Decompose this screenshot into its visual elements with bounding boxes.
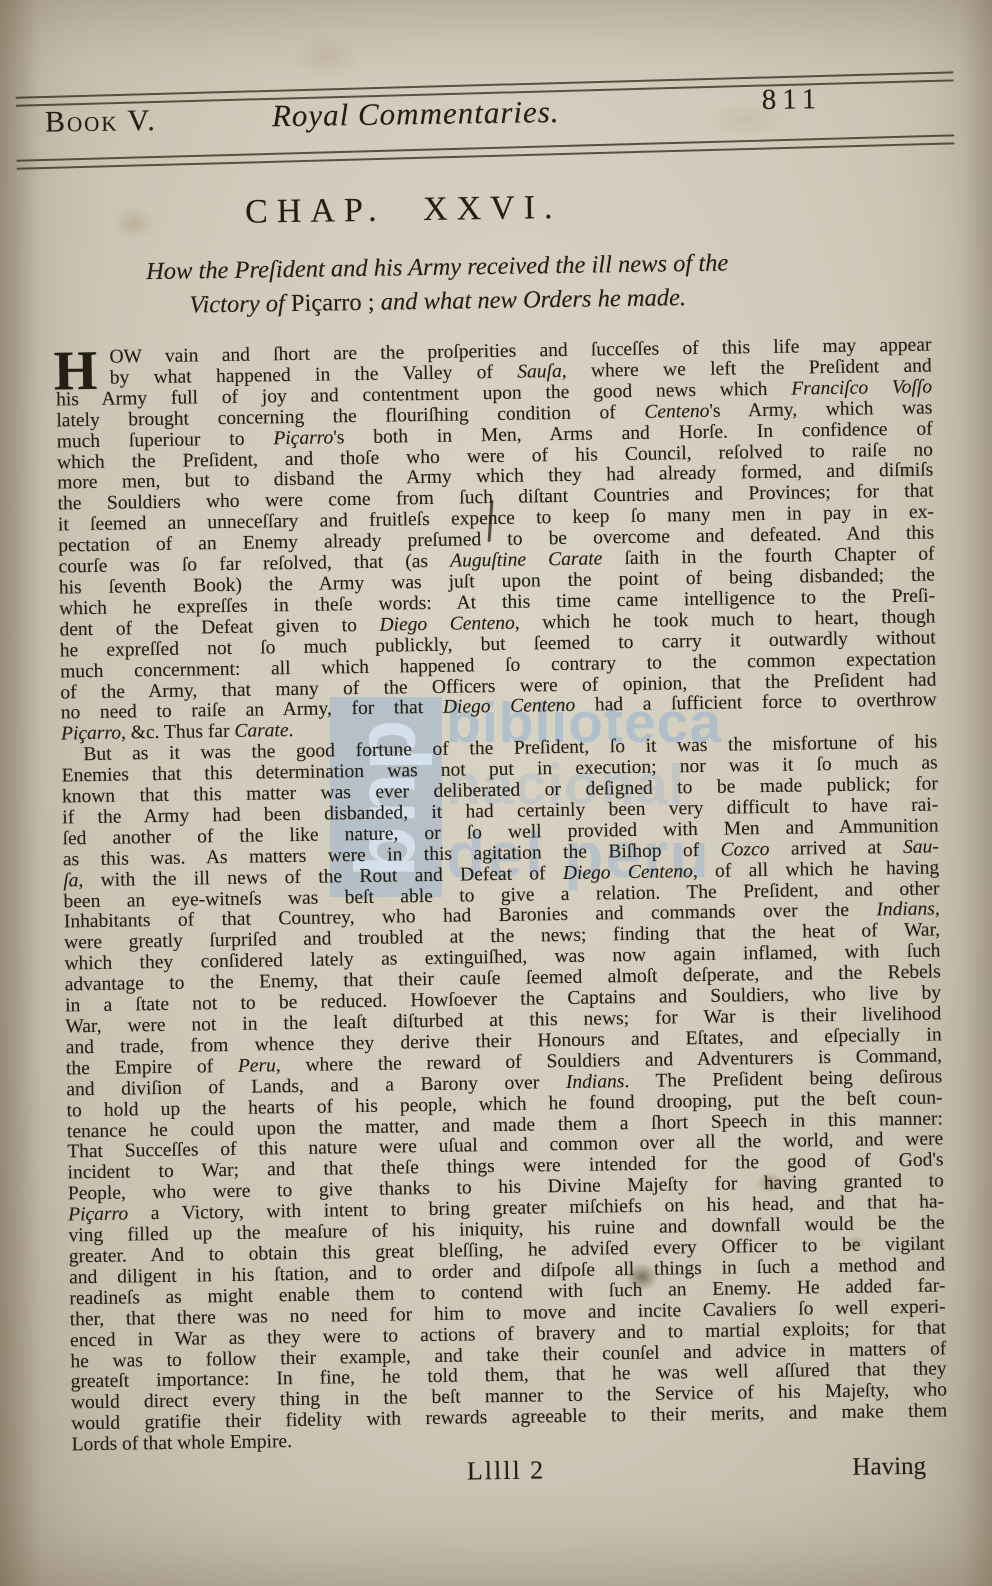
text-segment: Indians bbox=[566, 1071, 625, 1093]
text-segment: Peru bbox=[238, 1055, 276, 1077]
text-segment: How the Preſident and his Army received … bbox=[146, 249, 729, 285]
text-segment: Piçarro bbox=[273, 427, 333, 449]
chapter-summary: How the Preſident and his Army received … bbox=[32, 245, 843, 325]
text-segment: Piçarro ; bbox=[291, 289, 375, 317]
text-segment: , bbox=[935, 899, 940, 920]
book-label: Book V. bbox=[45, 104, 157, 140]
text-segment: . bbox=[288, 720, 293, 741]
body-text: H OW vain and ſhort are the proſperities… bbox=[55, 335, 947, 1456]
signature-mark: Lllll 2 bbox=[10, 1449, 992, 1494]
text-segment: Piçarro bbox=[68, 1204, 128, 1226]
text-segment: Franciſco Voſſo bbox=[791, 376, 932, 399]
book-page-scan: bnp biblioteca nacional del peru Book V.… bbox=[0, 0, 992, 1586]
body-lines: OW vain and ſhort are the proſperities a… bbox=[55, 335, 947, 1456]
text-segment: Victory of bbox=[189, 290, 291, 319]
chapter-heading: CHAP. XXVI. bbox=[53, 186, 753, 234]
page-content: Book V. Royal Commentaries. 811 CHAP. XX… bbox=[0, 0, 992, 1586]
text-segment: had a ſufficient force to overthrow bbox=[575, 690, 937, 716]
catchword: Having bbox=[852, 1453, 926, 1482]
running-title: Royal Commentaries. bbox=[272, 94, 560, 134]
text-segment: Carate bbox=[234, 720, 288, 742]
text-segment: the Empire of bbox=[66, 1056, 238, 1080]
text-segment: , &c. Thus far bbox=[121, 721, 235, 744]
text-segment: Sau- bbox=[903, 836, 939, 858]
page-number: 811 bbox=[762, 83, 823, 117]
text-segment: Auguſtine Carate bbox=[450, 548, 602, 571]
text-segment: ſa bbox=[63, 870, 78, 891]
drop-cap: H bbox=[53, 349, 97, 394]
text-segment: Lords of that whole Empire. bbox=[71, 1431, 292, 1455]
text-segment: and what new Orders he made. bbox=[374, 284, 686, 316]
text-segment: Diego Centeno bbox=[379, 612, 515, 635]
text-segment: Diego Centeno bbox=[563, 861, 693, 884]
text-segment: Indians bbox=[876, 899, 935, 921]
text-segment: Sauſa bbox=[517, 361, 562, 383]
text-segment: Piçarro bbox=[61, 723, 121, 745]
text-segment: Diego Centeno bbox=[443, 695, 576, 718]
text-segment: Centeno bbox=[644, 401, 709, 423]
text-segment: arrived at bbox=[769, 837, 903, 860]
text-segment: Cozco bbox=[721, 839, 770, 861]
